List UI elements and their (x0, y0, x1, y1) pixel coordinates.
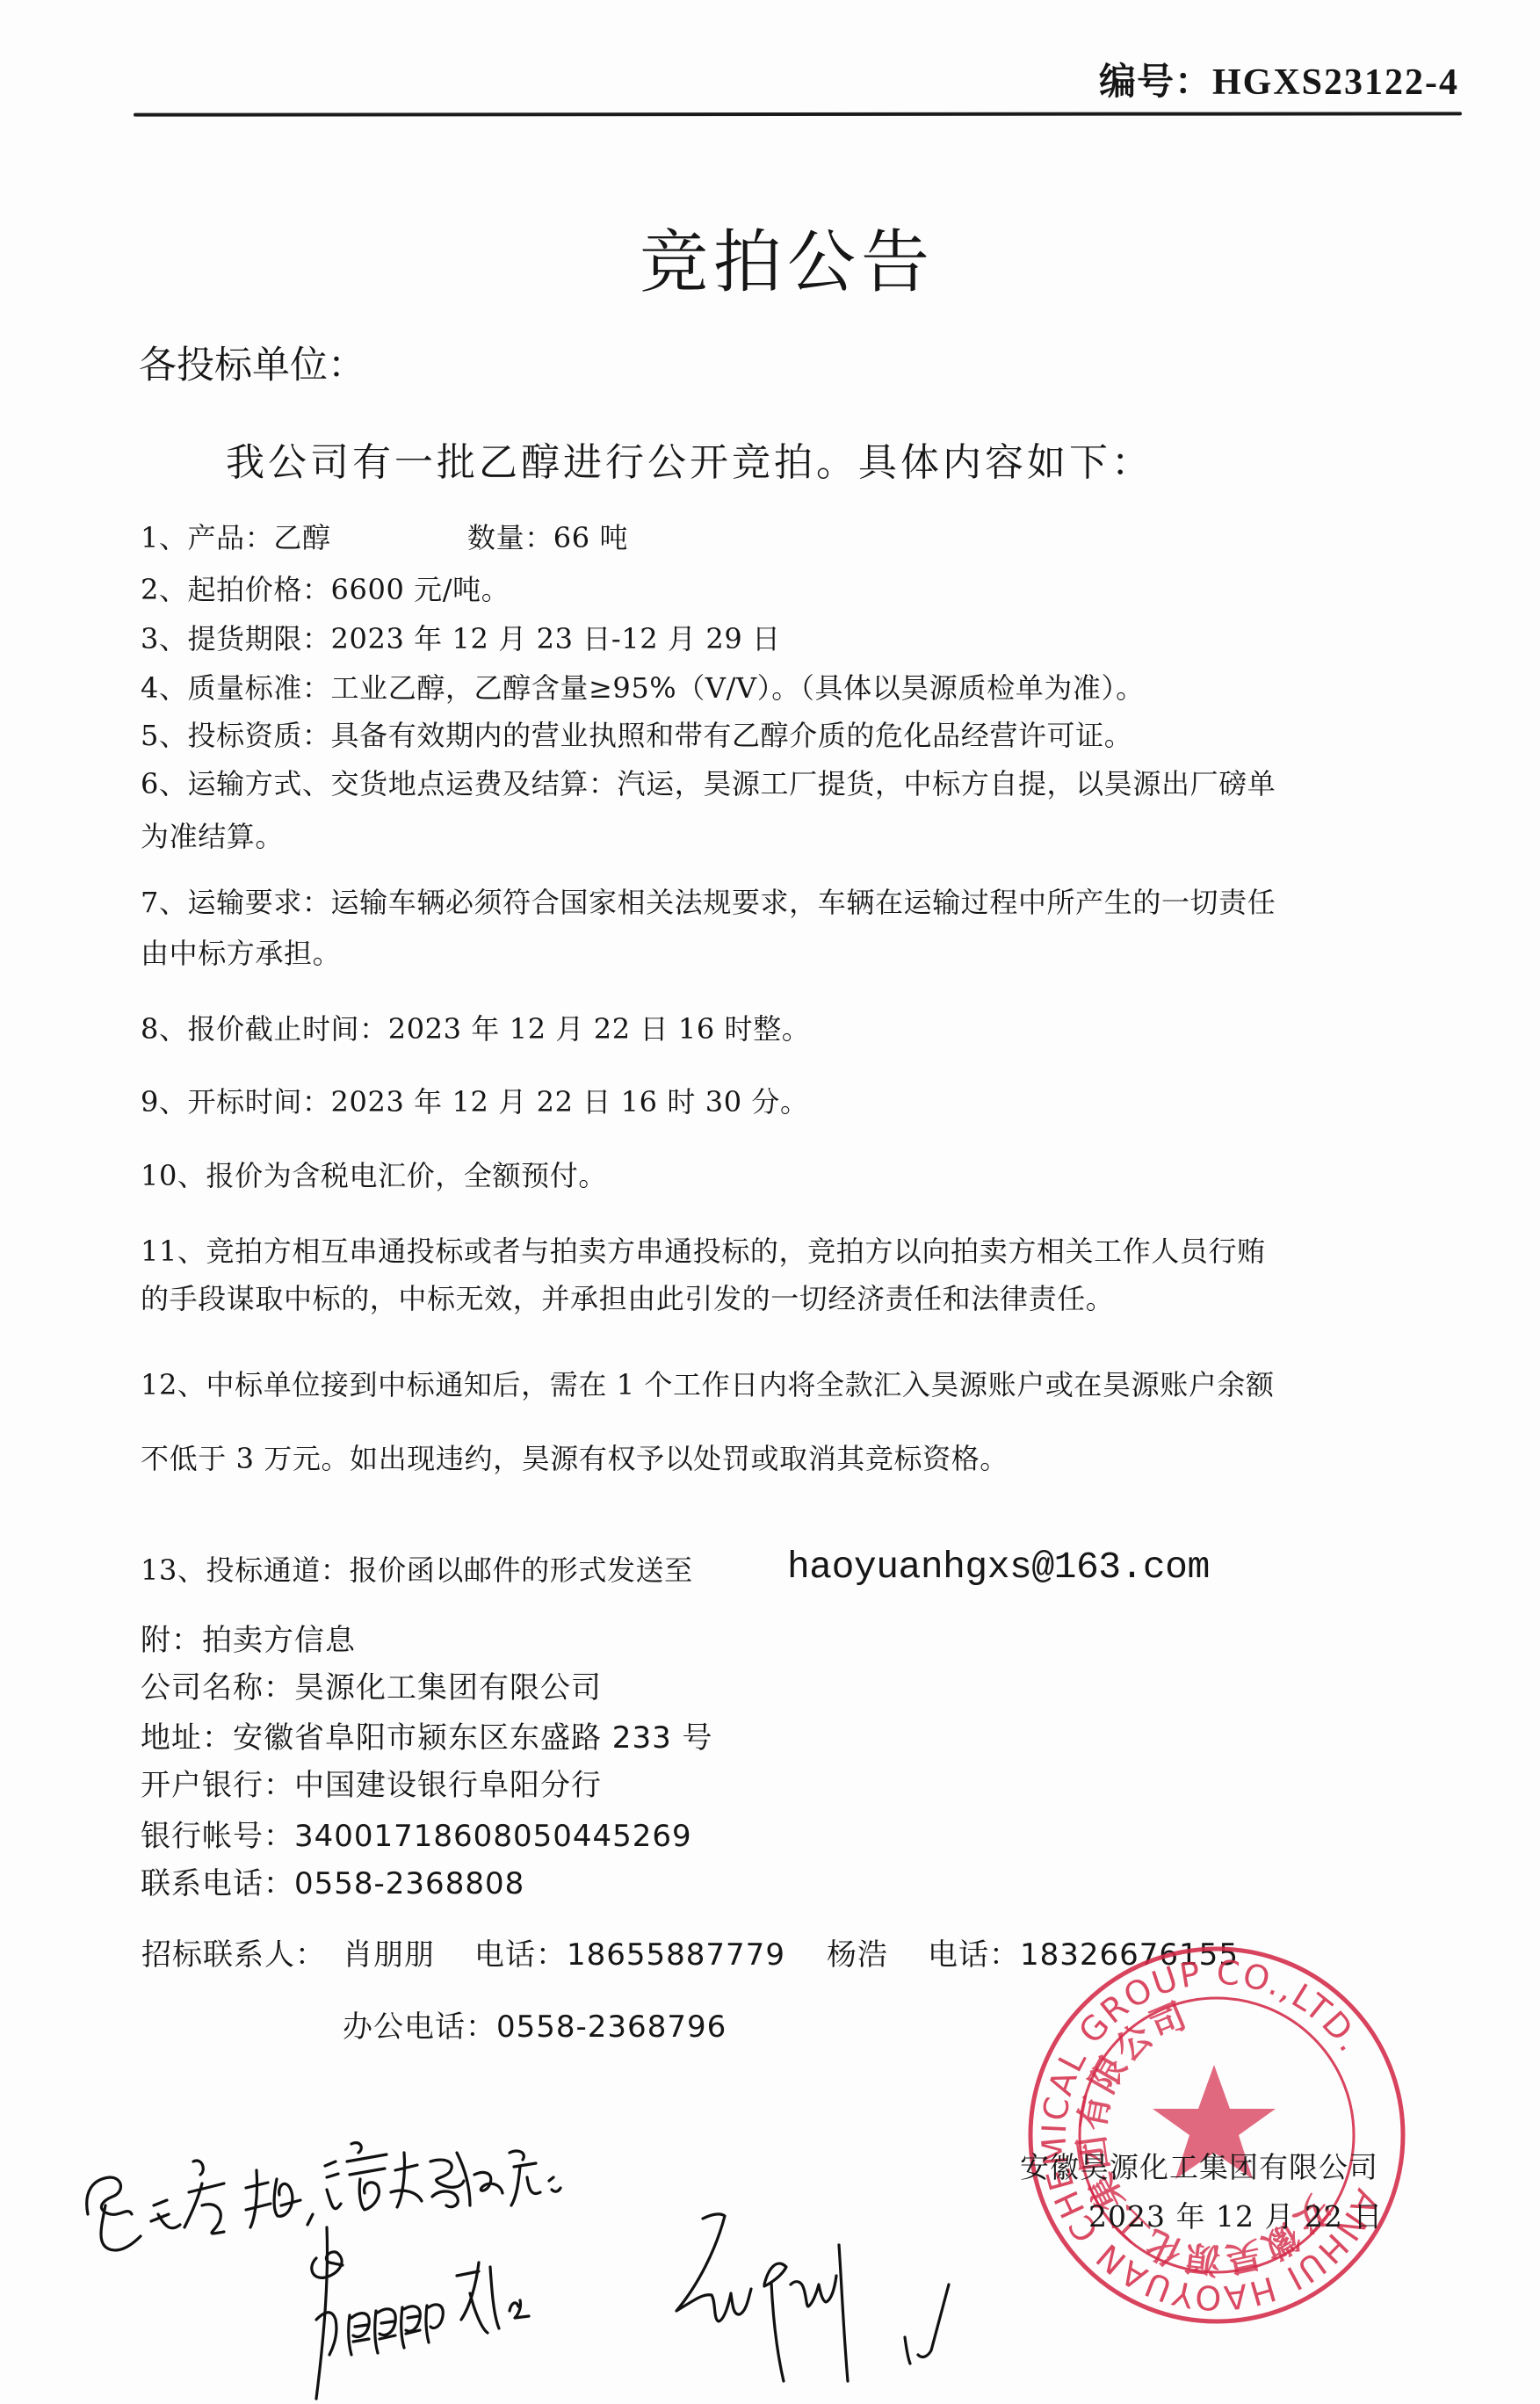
office-phone: 办公电话：0558-2368796 (343, 2012, 727, 2042)
item-11-collusion-clause-cont: 的手段谋取中标的，中标无效，并承担由此引发的一切经济责任和法律责任。 (141, 1285, 1114, 1313)
item-3-pickup-period: 3、提货期限：2023 年 12 月 23 日-12 月 29 日 (141, 625, 781, 653)
document-number: 编号：HGXS23122-4 (1099, 63, 1459, 101)
contact-1-phone: 电话：18655887779 (474, 1940, 785, 1970)
item-10-payment-terms: 10、报价为含税电汇价，全额预付。 (141, 1162, 607, 1190)
signoff-company-name: 安徽昊源化工集团有限公司 (1020, 2153, 1378, 2182)
item-6-transport-settlement-cont: 为准结算。 (141, 822, 284, 851)
header-divider (134, 112, 1462, 116)
item-6-transport-settlement: 6、运输方式、交货地点运费及结算：汽运，昊源工厂提货，中标方自提，以昊源出厂磅单 (141, 770, 1276, 798)
signoff-date: 2023 年 12 月 22 日 (1088, 2202, 1383, 2231)
seller-bank-account: 银行帐号：34001718608050445269 (141, 1821, 692, 1851)
item-12-winner-payment-cont: 不低于 3 万元。如出现违约，昊源有权予以处罚或取消其竞标资格。 (141, 1445, 1009, 1473)
item-7-transport-requirements: 7、运输要求：运输车辆必须符合国家相关法规要求，车辆在运输过程中所产生的一切责任 (141, 888, 1276, 916)
item-7-transport-requirements-cont: 由中标方承担。 (141, 939, 341, 967)
page-title: 竞拍公告 (640, 228, 935, 297)
intro-paragraph: 我公司有一批乙醇进行公开竞拍。具体内容如下： (226, 444, 1153, 482)
salutation: 各投标单位： (139, 347, 365, 385)
seller-info-heading: 附：拍卖方信息 (141, 1626, 356, 1655)
item-11-collusion-clause: 11、竞拍方相互串通投标或者与拍卖方串通投标的，竞拍方以向拍卖方相关工作人员行贿 (141, 1237, 1266, 1265)
company-seal-stamp: ANHUI HAOYUAN CHEMICAL GROUP CO.,LTD. 安徽… (1019, 1937, 1414, 2333)
bid-email-address: haoyuanhgxs@163.com (787, 1548, 1210, 1586)
contact-label: 招标联系人： (141, 1940, 326, 1970)
item-8-quote-deadline: 8、报价截止时间：2023 年 12 月 22 日 16 时整。 (141, 1015, 810, 1043)
seller-company-name: 公司名称：昊源化工集团有限公司 (141, 1673, 602, 1703)
handwritten-signature-2 (668, 2205, 966, 2399)
document-number-label: 编号： (1099, 60, 1212, 103)
item-2-starting-price: 2、起拍价格：6600 元/吨。 (141, 576, 510, 604)
seller-address: 地址：安徽省阜阳市颍东区东盛路 233 号 (141, 1723, 713, 1753)
seller-contact-phone: 联系电话：0558-2368808 (141, 1869, 524, 1899)
item-1-product: 1、产品：乙醇 (141, 524, 331, 552)
handwritten-signature-1 (290, 2223, 562, 2404)
contact-1-name: 肖朋朋 (343, 1940, 435, 1970)
item-1-quantity: 数量：66 吨 (467, 524, 628, 552)
item-9-bid-opening-time: 9、开标时间：2023 年 12 月 22 日 16 时 30 分。 (141, 1088, 809, 1116)
item-4-quality-standard: 4、质量标准：工业乙醇，乙醇含量≥95%（V/V）。（具体以昊源质检单为准）。 (141, 674, 1145, 702)
item-13-bid-channel: 13、投标通道：报价函以邮件的形式发送至 (141, 1556, 693, 1584)
document-page: 编号：HGXS23122-4 竞拍公告 各投标单位： 我公司有一批乙醇进行公开竞… (0, 0, 1540, 2404)
item-5-bidder-qualification: 5、投标资质：具备有效期内的营业执照和带有乙醇介质的危化品经营许可证。 (141, 721, 1132, 749)
seller-bank: 开户银行：中国建设银行阜阳分行 (141, 1770, 602, 1800)
contact-2-name: 杨浩 (827, 1940, 888, 1970)
item-12-winner-payment: 12、中标单位接到中标通知后，需在 1 个工作日内将全款汇入昊源账户或在昊源账户… (141, 1371, 1275, 1399)
document-number-value: HGXS23122-4 (1212, 62, 1459, 103)
